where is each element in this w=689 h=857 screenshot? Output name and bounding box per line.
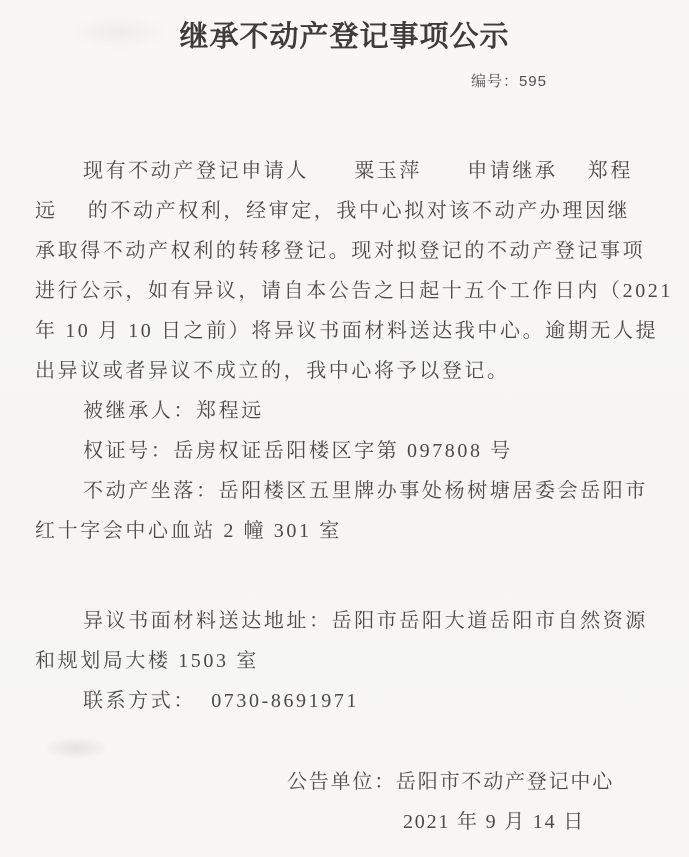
document-footer: 公告单位：岳阳市不动产登记中心 2021 年 9 月 14 日 [35, 762, 669, 842]
document-page: 继承不动产登记事项公示 编号：595 现有不动产登记申请人 粟玉萍 申请继承 郑… [0, 0, 689, 857]
document-body: 现有不动产登记申请人 粟玉萍 申请继承 郑程 远 的不动产权利，经审定，我中心拟… [0, 151, 689, 842]
body-line-contact: 联系方式： 0730-8691971 [35, 681, 669, 721]
issuer-line: 公告单位：岳阳市不动产登记中心 [35, 762, 669, 802]
body-line-heir: 被继承人：郑程远 [35, 391, 669, 431]
body-line-location-1: 不动产坐落：岳阳楼区五里牌办事处杨树塘居委会岳阳市 [35, 471, 669, 511]
body-line-objection-address-1: 异议书面材料送达地址：岳阳市岳阳大道岳阳市自然资源 [35, 601, 669, 641]
document-title: 继承不动产登记事项公示 [0, 14, 689, 55]
body-line-location-2: 红十字会中心血站 2 幢 301 室 [35, 511, 669, 551]
body-line-certificate: 权证号：岳房权证岳阳楼区字第 097808 号 [35, 431, 669, 471]
body-line-6: 出异议或者异议不成立的，我中心将予以登记。 [35, 351, 669, 391]
body-line-objection-address-2: 和规划局大楼 1503 室 [35, 641, 669, 681]
body-line-2: 远 的不动产权利，经审定，我中心拟对该不动产办理因继 [35, 191, 669, 231]
document-number: 编号：595 [0, 70, 689, 91]
body-line-3: 承取得不动产权利的转移登记。现对拟登记的不动产登记事项 [35, 231, 669, 271]
body-line-1: 现有不动产登记申请人 粟玉萍 申请继承 郑程 [35, 151, 669, 191]
date-line: 2021 年 9 月 14 日 [35, 802, 669, 842]
body-line-5: 年 10 月 10 日之前）将异议书面材料送达我中心。逾期无人提 [35, 311, 669, 351]
body-line-4: 进行公示，如有异议，请自本公告之日起十五个工作日内（2021 [35, 271, 669, 311]
